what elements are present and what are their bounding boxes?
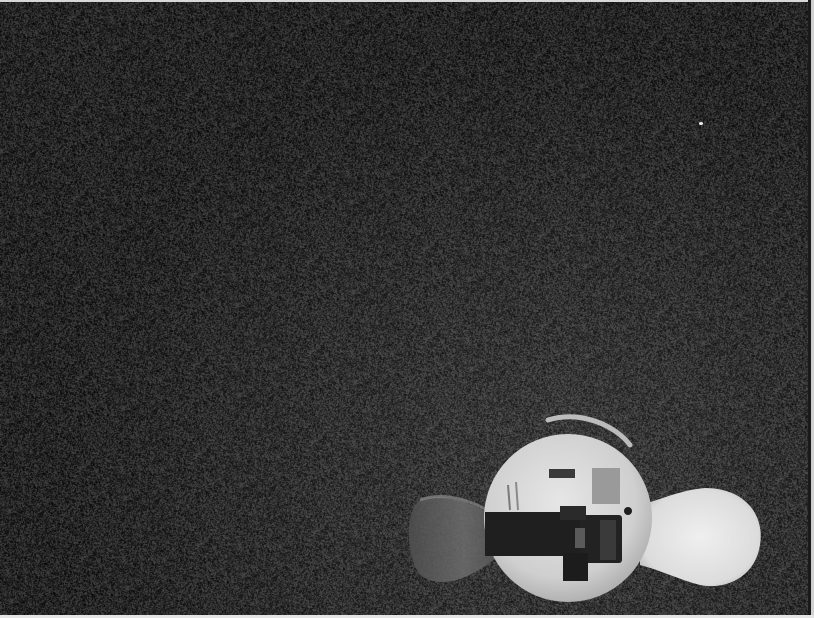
photo-frame xyxy=(0,0,814,618)
spacecraft xyxy=(0,0,814,618)
top-border xyxy=(0,0,814,2)
port-hole xyxy=(624,507,632,515)
grey-panel-marking xyxy=(592,468,620,504)
dark-panel-marking xyxy=(549,469,575,478)
right-lobe xyxy=(640,488,761,586)
right-border xyxy=(808,0,814,618)
